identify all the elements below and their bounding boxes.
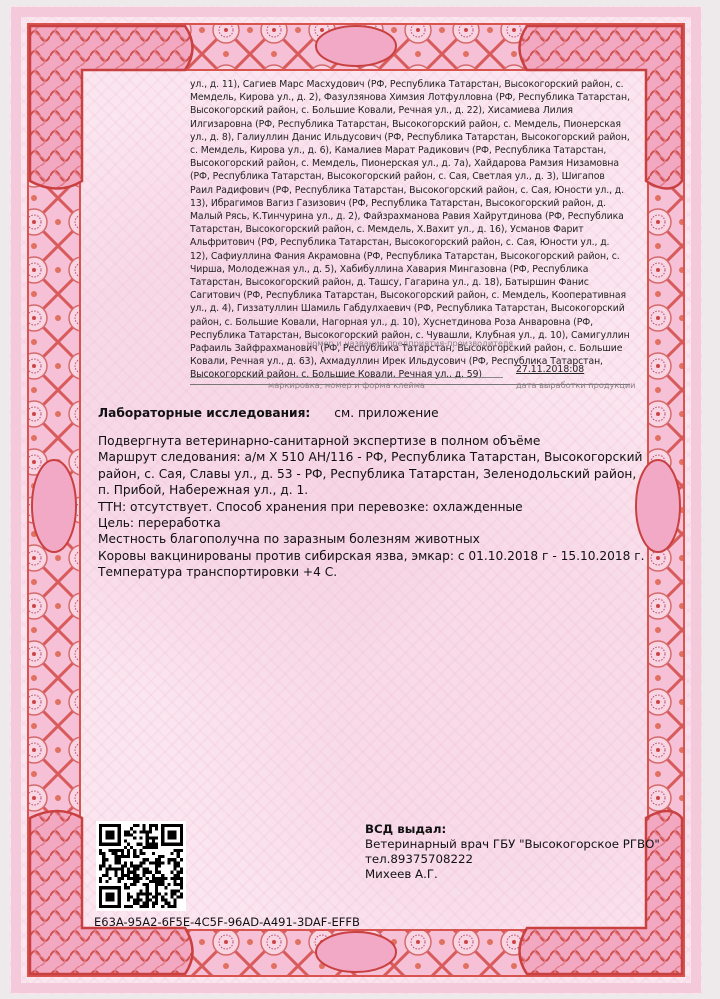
lab-research-label: Лабораторные исследования: <box>98 406 310 420</box>
issuer-block: ВСД выдал: Ветеринарный врач ГБУ "Высоко… <box>365 822 660 882</box>
issuer-phone: тел.89375708222 <box>365 852 660 867</box>
issuer-heading: ВСД выдал: <box>365 822 660 837</box>
enterprise-caption: номер и название предприятия-производите… <box>190 338 630 348</box>
lab-research-value: см. приложение <box>334 406 438 420</box>
production-date: 27.11.2018:08 <box>516 364 584 375</box>
issuer-name: Михеев А.Г. <box>365 867 660 882</box>
stamp-caption: маркировка, номер и форма клейма <box>190 380 503 390</box>
production-date-caption: дата выработки продукции <box>516 380 636 390</box>
qr-code[interactable] <box>96 821 186 911</box>
issuer-position: Ветеринарный врач ГБУ "Высокогорское РГВ… <box>365 837 660 852</box>
certificate-sheet: ул., д. 11), Сагиев Марс Масхудович (РФ,… <box>10 6 702 994</box>
note-expertise: Подвергнута ветеринарно-санитарной экспе… <box>98 433 646 449</box>
lab-research: Лабораторные исследования:см. приложение <box>98 406 439 420</box>
notes-block: Подвергнута ветеринарно-санитарной экспе… <box>98 433 646 581</box>
note-route: Маршрут следования: а/м Х 510 АН/116 - Р… <box>98 449 646 498</box>
qr-code-icon <box>96 821 186 911</box>
document-guid: E63A-95A2-6F5E-4C5F-96AD-A491-3DAF-EFFB <box>94 915 360 929</box>
stamp-line <box>190 377 503 378</box>
note-vaccination: Коровы вакцинированы против сибирская яз… <box>98 548 646 581</box>
note-waybill: ТТН: отсутствует. Способ хранения при пе… <box>98 499 646 515</box>
note-area-status: Местность благополучна по заразным болез… <box>98 531 646 547</box>
note-purpose: Цель: переработка <box>98 515 646 531</box>
